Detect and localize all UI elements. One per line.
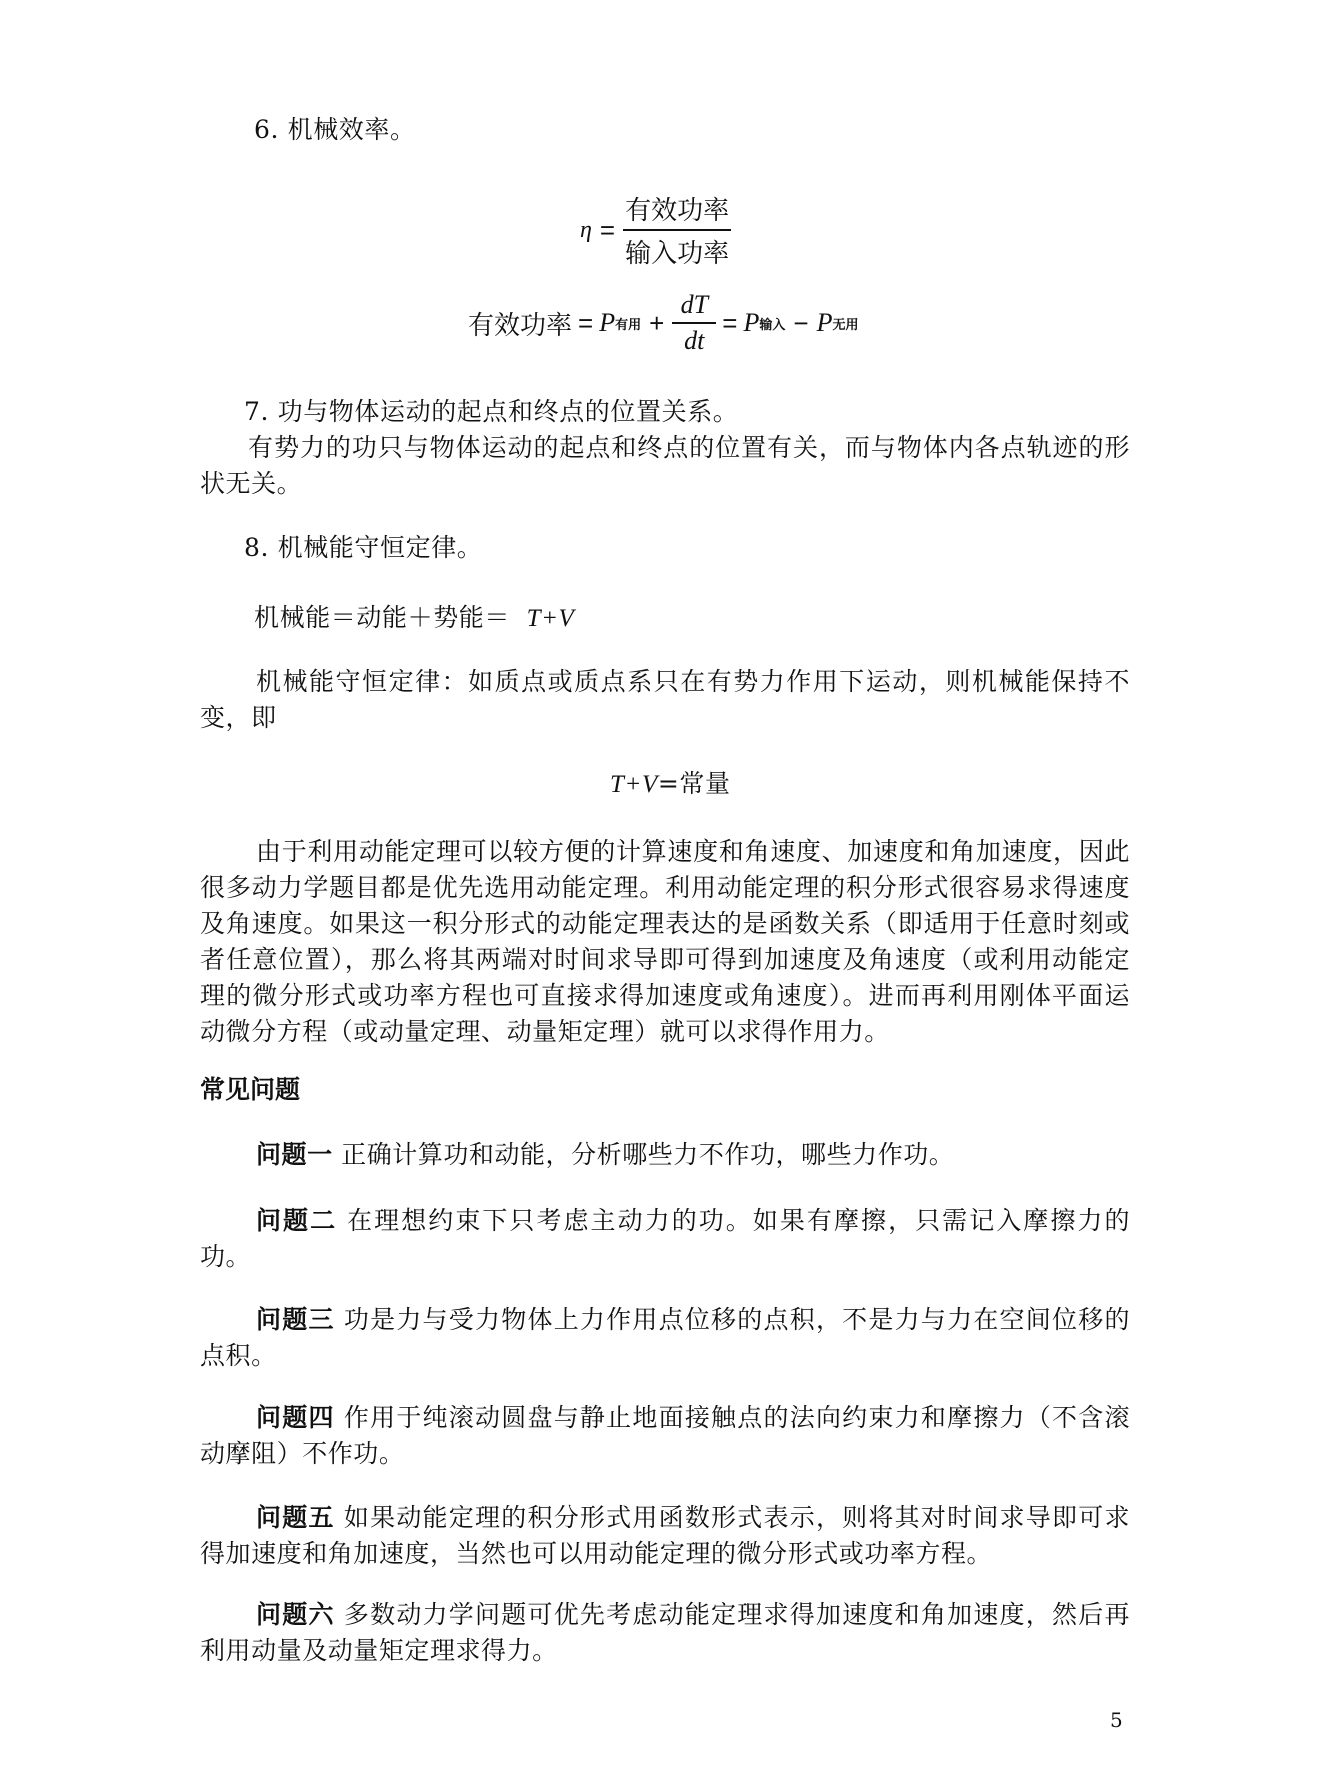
conservation-math: T+V — [610, 771, 658, 798]
faq-text: 作用于纯滚动圆盘与静止地面接触点的法向约束力和摩擦力（不含滚动摩阻）不作功。 — [200, 1403, 1130, 1468]
faq-label: 问题一 — [256, 1140, 333, 1169]
conservation-text: =常量 — [658, 769, 731, 798]
minus-sign: − — [793, 308, 808, 339]
dT-dt-fraction: dT dt — [672, 290, 716, 356]
conservation-law-statement: 机械能守恒定律：如质点或质点系只在有势力作用下运动，则机械能保持不变，即 — [200, 664, 1130, 736]
p-input: P — [743, 308, 759, 338]
explanation-paragraph: 由于利用动能定理可以较方便的计算速度和角速度、加速度和角加速度，因此很多动力学题… — [200, 834, 1130, 1050]
faq-text: 如果动能定理的积分形式用函数形式表示，则将其对时间求导即可求得加速度和角加速度，… — [200, 1503, 1130, 1568]
numerator: 有效功率 — [623, 190, 731, 231]
efficiency-formula: η = 有效功率 输入功率 — [580, 190, 731, 270]
faq-label: 问题四 — [256, 1403, 335, 1432]
dt: dt — [684, 324, 704, 356]
dT: dT — [672, 290, 716, 324]
faq-label: 问题五 — [256, 1503, 335, 1532]
faq-label: 问题二 — [256, 1206, 337, 1235]
section-7-body: 有势力的功只与物体运动的起点和终点的位置有关，而与物体内各点轨迹的形状无关。 — [200, 430, 1130, 502]
effective-power-label: 有效功率 — [468, 305, 572, 342]
faq-heading: 常见问题 — [200, 1070, 300, 1106]
faq-item-2: 问题二 在理想约束下只考虑主动力的功。如果有摩擦，只需记入摩擦力的功。 — [200, 1203, 1130, 1275]
faq-text: 在理想约束下只考虑主动力的功。如果有摩擦，只需记入摩擦力的功。 — [200, 1206, 1130, 1271]
equals-sign: = — [600, 215, 615, 246]
effective-power-formula: 有效功率 = P有用 + dT dt = P输入 − P无用 — [468, 290, 858, 356]
faq-text: 多数动力学问题可优先考虑动能定理求得加速度和角加速度，然后再利用动量及动量矩定理… — [200, 1600, 1130, 1665]
denominator: 输入功率 — [625, 231, 729, 270]
equals-sign: = — [578, 308, 593, 339]
section-8-title: 8. 机械能守恒定律。 — [244, 530, 482, 566]
plus-sign: + — [649, 308, 664, 339]
faq-item-5: 问题五 如果动能定理的积分形式用函数形式表示，则将其对时间求导即可求得加速度和角… — [200, 1500, 1130, 1572]
p-useless-subscript: 无用 — [832, 314, 858, 333]
equals-sign: = — [722, 308, 737, 339]
faq-item-3: 问题三 功是力与受力物体上力作用点位移的点积，不是力与力在空间位移的点积。 — [200, 1302, 1130, 1374]
definition-text: 机械能＝动能＋势能＝ — [254, 603, 510, 632]
definition-math: T+V — [527, 605, 575, 632]
faq-label: 问题六 — [256, 1600, 335, 1629]
faq-item-6: 问题六 多数动力学问题可优先考虑动能定理求得加速度和角加速度，然后再利用动量及动… — [200, 1597, 1130, 1669]
page-number: 5 — [1110, 1708, 1123, 1732]
section-7-title: 7. 功与物体运动的起点和终点的位置关系。 — [244, 394, 738, 430]
p-input-subscript: 输入 — [759, 314, 785, 333]
p-useful-subscript: 有用 — [615, 314, 641, 333]
faq-text: 功是力与受力物体上力作用点位移的点积，不是力与力在空间位移的点积。 — [200, 1305, 1130, 1370]
p-useless: P — [817, 308, 833, 338]
efficiency-fraction: 有效功率 输入功率 — [623, 190, 731, 270]
faq-item-1: 问题一 正确计算功和动能，分析哪些力不作功，哪些力作功。 — [200, 1137, 1130, 1173]
mechanical-energy-definition: 机械能＝动能＋势能＝ T+V — [254, 600, 574, 637]
eta-symbol: η — [580, 217, 592, 244]
faq-text: 正确计算功和动能，分析哪些力不作功，哪些力作功。 — [341, 1140, 954, 1169]
p-useful: P — [599, 308, 615, 338]
faq-item-4: 问题四 作用于纯滚动圆盘与静止地面接触点的法向约束力和摩擦力（不含滚动摩阻）不作… — [200, 1400, 1130, 1472]
conservation-formula: T+V=常量 — [610, 766, 731, 803]
document-page: 6. 机械效率。 η = 有效功率 输入功率 有效功率 = P有用 + dT d… — [0, 0, 1320, 1774]
section-6-title: 6. 机械效率。 — [254, 112, 416, 148]
faq-label: 问题三 — [256, 1305, 335, 1334]
